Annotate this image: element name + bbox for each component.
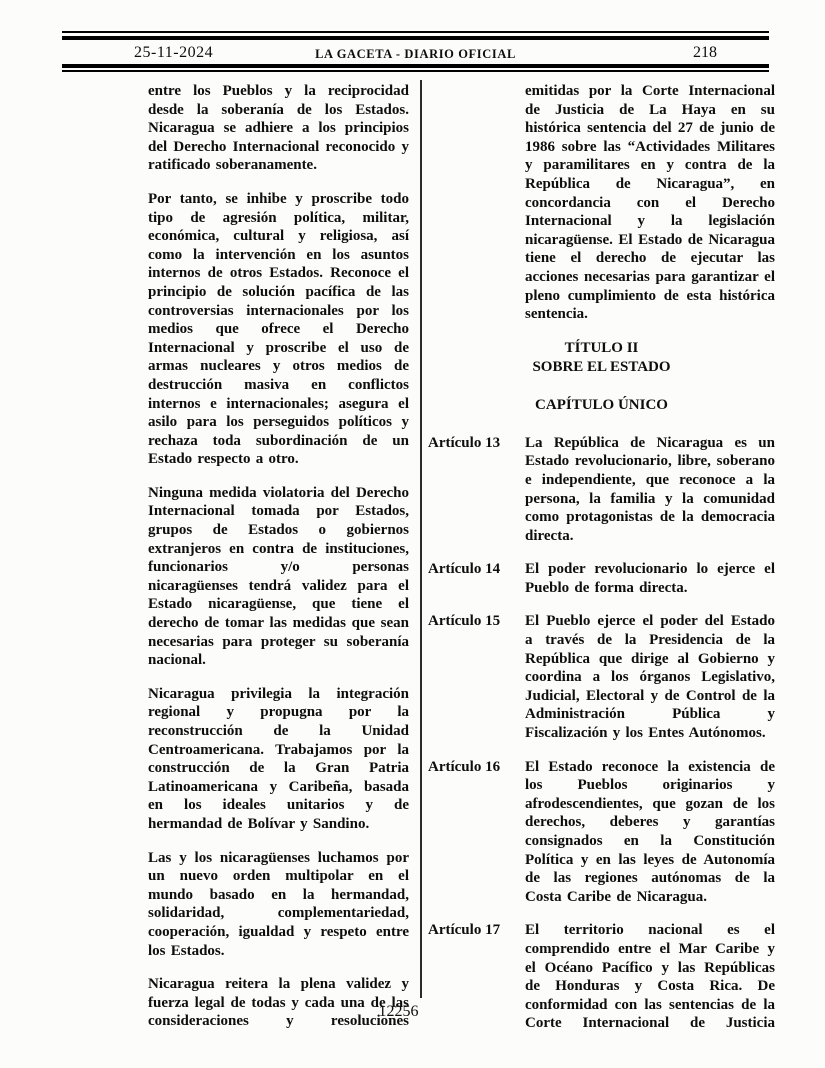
article-label: Artículo 16 <box>428 758 525 907</box>
gazette-title: LA GACETA - DIARIO OFICIAL <box>62 47 769 62</box>
article-row: Artículo 14 El poder revolucionario lo e… <box>428 560 775 597</box>
title-heading: TÍTULO II SOBRE EL ESTADO <box>428 339 775 377</box>
header-rule-top-thin <box>62 31 769 33</box>
header-rule-bottom-thin <box>62 70 769 72</box>
article-text: La República de Nicaragua es un Estado r… <box>525 434 775 546</box>
chapter-heading: CAPÍTULO ÚNICO <box>428 396 775 415</box>
left-column: entre los Pueblos y la reciprocidad desd… <box>148 82 409 1046</box>
document-number: 12256 <box>379 1003 419 1020</box>
article-row: Artículo 16 El Estado reconoce la existe… <box>428 758 775 907</box>
paragraph: Ninguna medida violatoria del Derecho In… <box>148 484 409 670</box>
article-row: Artículo 15 El Pueblo ejerce el poder de… <box>428 612 775 742</box>
header-rule-top-thick <box>62 36 769 40</box>
right-column: emitidas por la Corte Internacional de J… <box>428 82 775 1048</box>
gazette-page: 25-11-2024 LA GACETA - DIARIO OFICIAL 21… <box>0 0 825 1068</box>
article-row: Artículo 13 La República de Nicaragua es… <box>428 434 775 546</box>
paragraph: emitidas por la Corte Internacional de J… <box>525 82 775 324</box>
article-label: Artículo 15 <box>428 612 525 742</box>
page-number: 218 <box>693 44 717 62</box>
article-text: El Pueblo ejerce el poder del Estado a t… <box>525 612 775 742</box>
article-text: El Estado reconoce la existencia de los … <box>525 758 775 907</box>
page-header: 25-11-2024 LA GACETA - DIARIO OFICIAL 21… <box>62 44 769 64</box>
header-rule-bottom-thick <box>62 64 769 68</box>
title-heading-line: TÍTULO II <box>428 339 775 358</box>
paragraph: entre los Pueblos y la reciprocidad desd… <box>148 82 409 175</box>
title-heading-subline: SOBRE EL ESTADO <box>428 358 775 377</box>
chapter-heading-line: CAPÍTULO ÚNICO <box>428 396 775 415</box>
article-text: El poder revolucionario lo ejerce el Pue… <box>525 560 775 597</box>
article-label: Artículo 14 <box>428 560 525 597</box>
paragraph: Las y los nicaragüenses luchamos por un … <box>148 849 409 961</box>
article-label: Artículo 13 <box>428 434 525 546</box>
paragraph: Nicaragua privilegia la integración regi… <box>148 685 409 834</box>
paragraph: Por tanto, se inhibe y proscribe todo ti… <box>148 190 409 469</box>
column-divider <box>420 80 422 998</box>
page-footer: 12256 <box>0 1003 797 1021</box>
